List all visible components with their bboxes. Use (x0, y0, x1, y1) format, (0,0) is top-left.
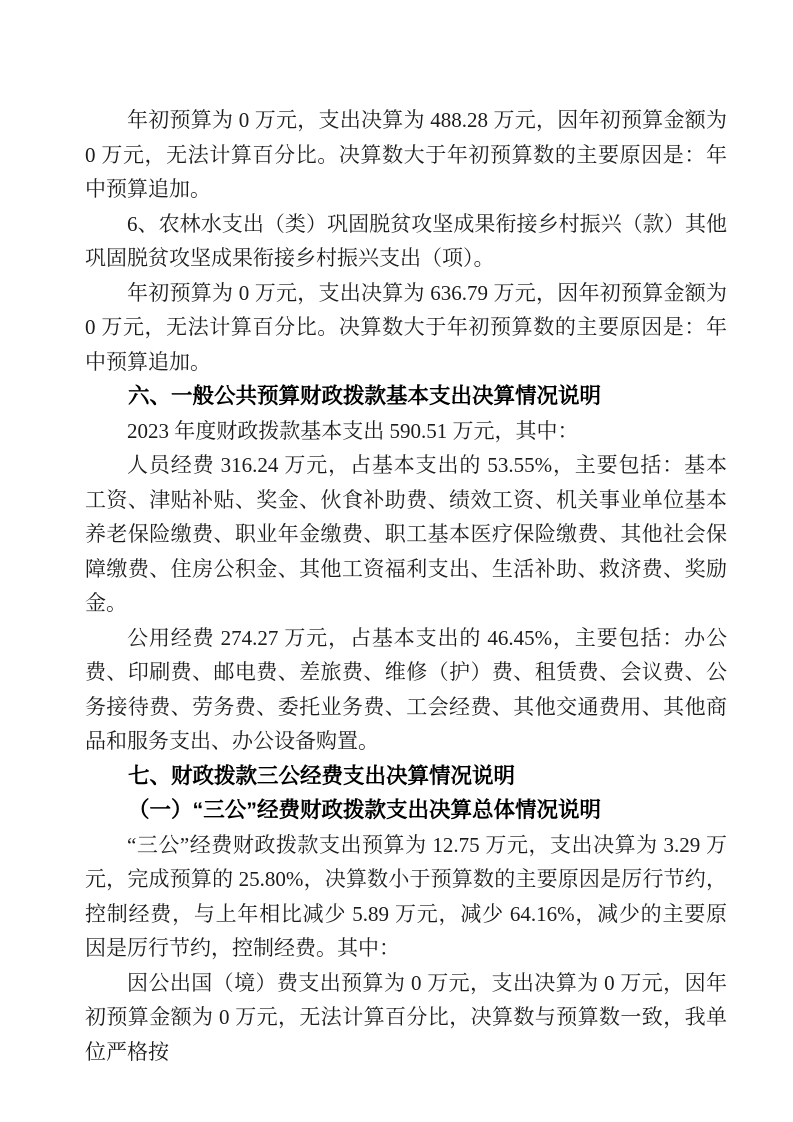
para-three-public-funds-overview: “三公”经费财政拨款支出预算为 12.75 万元，支出决算为 3.29 万元，完… (85, 828, 727, 966)
para-public-funds: 公用经费 274.27 万元，占基本支出的 46.45%，主要包括：办公费、印刷… (85, 621, 727, 759)
para-budget-636-79: 年初预算为 0 万元，支出决算为 636.79 万元，因年初预算金额为 0 万元… (85, 276, 727, 380)
para-overseas-trips-expense: 因公出国（境）费支出预算为 0 万元，支出决算为 0 万元，因年初预算金额为 0… (85, 966, 727, 1070)
heading-section-7-three-public-funds: 七、财政拨款三公经费支出决算情况说明 (85, 759, 727, 794)
para-personnel-funds: 人员经费 316.24 万元，占基本支出的 53.55%，主要包括：基本工资、津… (85, 448, 727, 621)
para-budget-488-28: 年初预算为 0 万元，支出决算为 488.28 万元，因年初预算金额为 0 万元… (85, 103, 727, 207)
para-item-6-agriculture-rural-revitalization: 6、农林水支出（类）巩固脱贫攻坚成果衔接乡村振兴（款）其他巩固脱贫攻坚成果衔接乡… (85, 207, 727, 276)
heading-section-7-1-overall-situation: （一）“三公”经费财政拨款支出决算总体情况说明 (85, 793, 727, 828)
para-basic-expenditure-total: 2023 年度财政拨款基本支出 590.51 万元，其中： (85, 414, 727, 449)
document-page: 年初预算为 0 万元，支出决算为 488.28 万元，因年初预算金额为 0 万元… (0, 0, 793, 1122)
heading-section-6-basic-expenditure: 六、一般公共预算财政拨款基本支出决算情况说明 (85, 379, 727, 414)
